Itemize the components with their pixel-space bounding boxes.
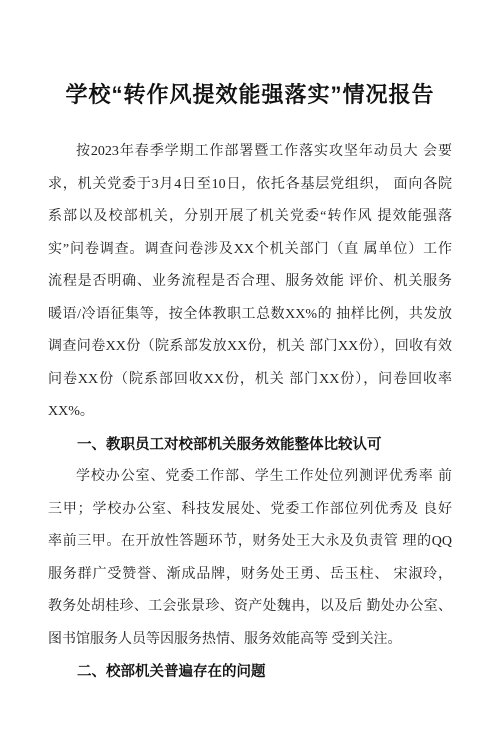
paragraph-line: 实”问卷调查。调查问卷涉及XX个机关部门（直 属单位）工作 bbox=[48, 234, 452, 267]
paragraph-line: 系部以及校部机关，分别开展了机关党委“转作风 提效能强落 bbox=[48, 201, 452, 234]
paragraph-line: 三甲；学校办公室、科技发展处、党委工作部位列优秀及 良好 bbox=[48, 494, 452, 527]
section-heading: 一、教职员工对校部机关服务效能整体比较认可 bbox=[48, 429, 452, 462]
paragraph-line: 暖语/冷语征集等，按全体教职工总数XX%的 抽样比例，共发放 bbox=[48, 299, 452, 332]
paragraph-line: 率前三甲。在开放性答题环节，财务处王大永及负责管 理的QQ bbox=[48, 526, 452, 559]
paragraph-line: 服务群广受赞誉、渐成品牌，财务处王勇、岳玉柱、 宋淑玲， bbox=[48, 559, 452, 592]
paragraph-line: 流程是否明确、业务流程是否合理、服务效能 评价、机关服务 bbox=[48, 266, 452, 299]
paragraph-line: 问卷XX份（院系部回收XX份，机关 部门XX份），问卷回收率 bbox=[48, 364, 452, 397]
paragraph-line: 教务处胡桂珍、工会张景珍、资产处魏冉，以及后 勤处办公室、 bbox=[48, 591, 452, 624]
document-page: 学校“转作风提效能强落实”情况报告 按2023年春季学期工作部署暨工作落实攻坚年… bbox=[0, 0, 500, 747]
paragraph-line: 图书馆服务人员等因服务热情、服务效能高等 受到关注。 bbox=[48, 624, 452, 657]
section-heading: 二、校部机关普遍存在的问题 bbox=[48, 656, 452, 689]
paragraph-line: 求，机关党委于3月4日至10日，依托各基层党组织， 面向各院 bbox=[48, 169, 452, 202]
paragraph-line: 调查问卷XX份（院系部发放XX份，机关 部门XX份），回收有效 bbox=[48, 331, 452, 364]
paragraph-line: 按2023年春季学期工作部署暨工作落实攻坚年动员大 会要 bbox=[48, 136, 452, 169]
paragraph-line: 学校办公室、党委工作部、学生工作处位列测评优秀率 前 bbox=[48, 461, 452, 494]
paragraph-line: XX%。 bbox=[48, 396, 452, 429]
document-title: 学校“转作风提效能强落实”情况报告 bbox=[0, 0, 500, 110]
document-body: 按2023年春季学期工作部署暨工作落实攻坚年动员大 会要求，机关党委于3月4日至… bbox=[48, 136, 452, 689]
